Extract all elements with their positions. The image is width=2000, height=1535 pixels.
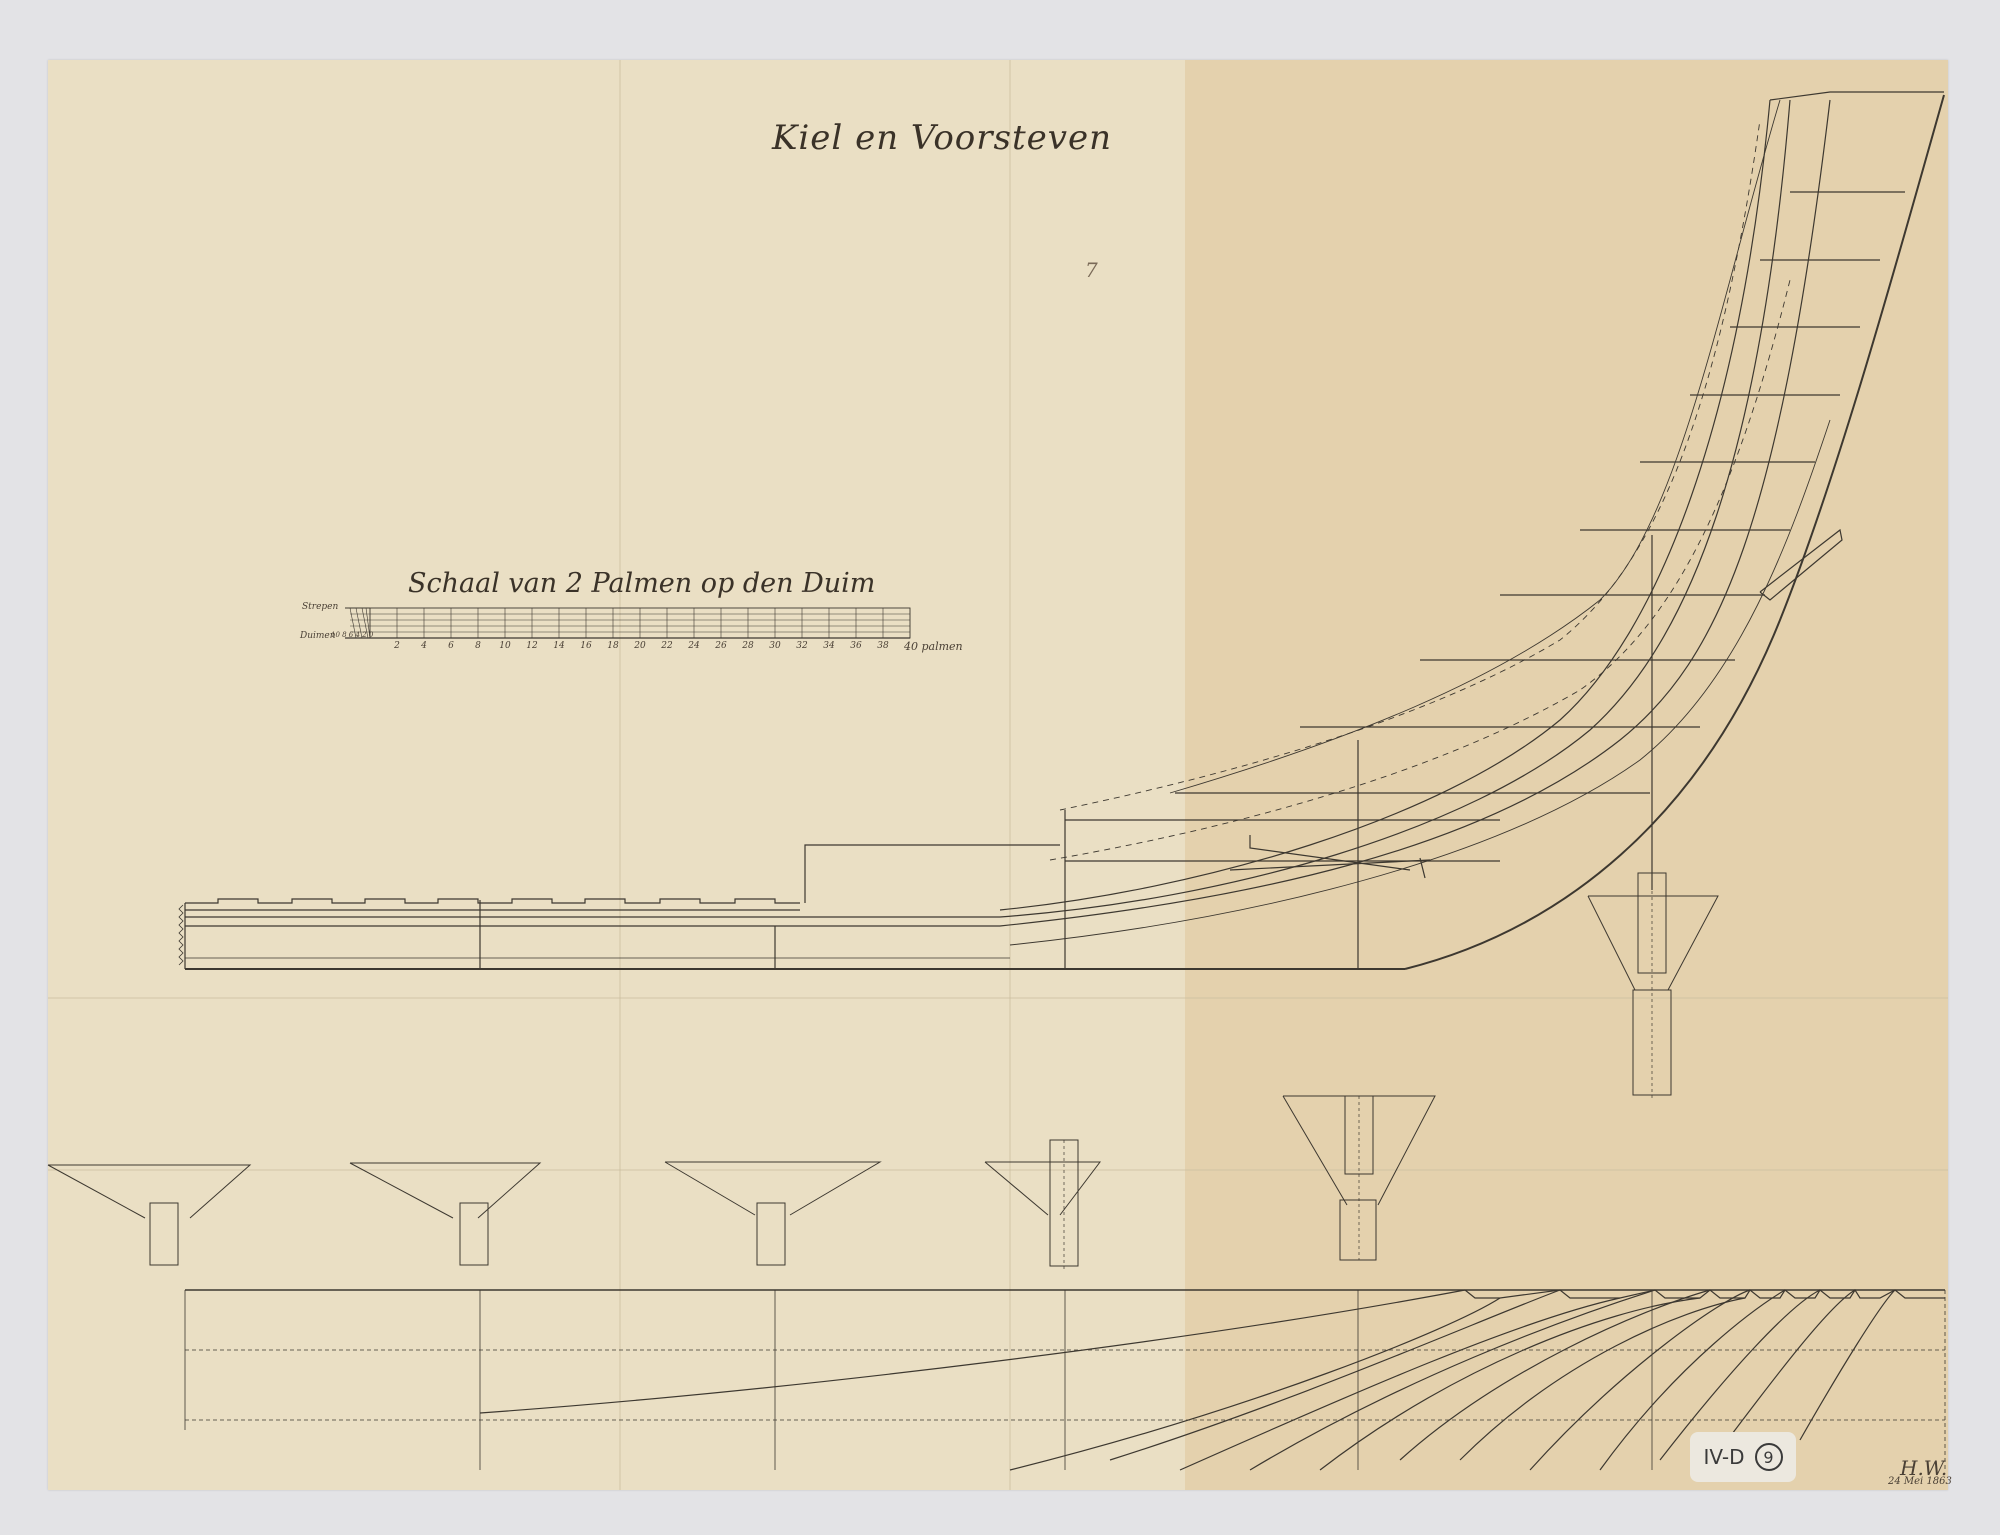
scale-label-top: Strepen	[302, 602, 338, 612]
scale-tick: 30	[769, 641, 780, 651]
scale-tick: 38	[877, 641, 888, 651]
scale-bar	[345, 608, 910, 638]
scale-tick: 22	[661, 641, 672, 651]
scale-tick: 8	[475, 641, 481, 651]
signature-mark: H.W.	[1900, 1460, 1952, 1476]
scale-tick: 6	[448, 641, 454, 651]
scale-tick: 10	[499, 641, 510, 651]
scale-tick: 16	[580, 641, 591, 651]
scale-tick: 18	[607, 641, 618, 651]
pencil-mark: 7	[1085, 258, 1098, 282]
drawing-title: Kiel en Voorsteven	[772, 118, 1112, 158]
catalog-shelf: IV-D	[1703, 1445, 1744, 1469]
scale-tick: 2	[394, 641, 400, 651]
scale-end-label: 40 palmen	[904, 640, 963, 653]
grid-lines	[48, 60, 1948, 1490]
scale-tick: 20	[634, 641, 645, 651]
scale-tick: 28	[742, 641, 753, 651]
scale-tick: 32	[796, 641, 807, 651]
scale-tick: 12	[526, 641, 537, 651]
scale-tick: 14	[553, 641, 564, 651]
technical-drawing	[0, 0, 2000, 1535]
scale-tick: 24	[688, 641, 699, 651]
scale-tick: 34	[823, 641, 834, 651]
half-breadth-plan	[185, 1290, 1945, 1470]
catalog-sticker: IV-D 9	[1690, 1432, 1796, 1482]
scale-tick: 4	[421, 641, 427, 651]
scale-small-ticks: 10 8 6 4 2 0	[331, 631, 373, 639]
keel-profile	[179, 92, 1944, 969]
signature-date: 24 Mei 1863	[1888, 1476, 1952, 1487]
signature: H.W. 24 Mei 1863	[1888, 1460, 1952, 1487]
scale-tick: 26	[715, 641, 726, 651]
catalog-number: 9	[1755, 1443, 1783, 1471]
cross-sections	[48, 873, 1718, 1270]
scale-bar-title: Schaal van 2 Palmen op den Duim	[408, 568, 875, 599]
scale-tick: 36	[850, 641, 861, 651]
